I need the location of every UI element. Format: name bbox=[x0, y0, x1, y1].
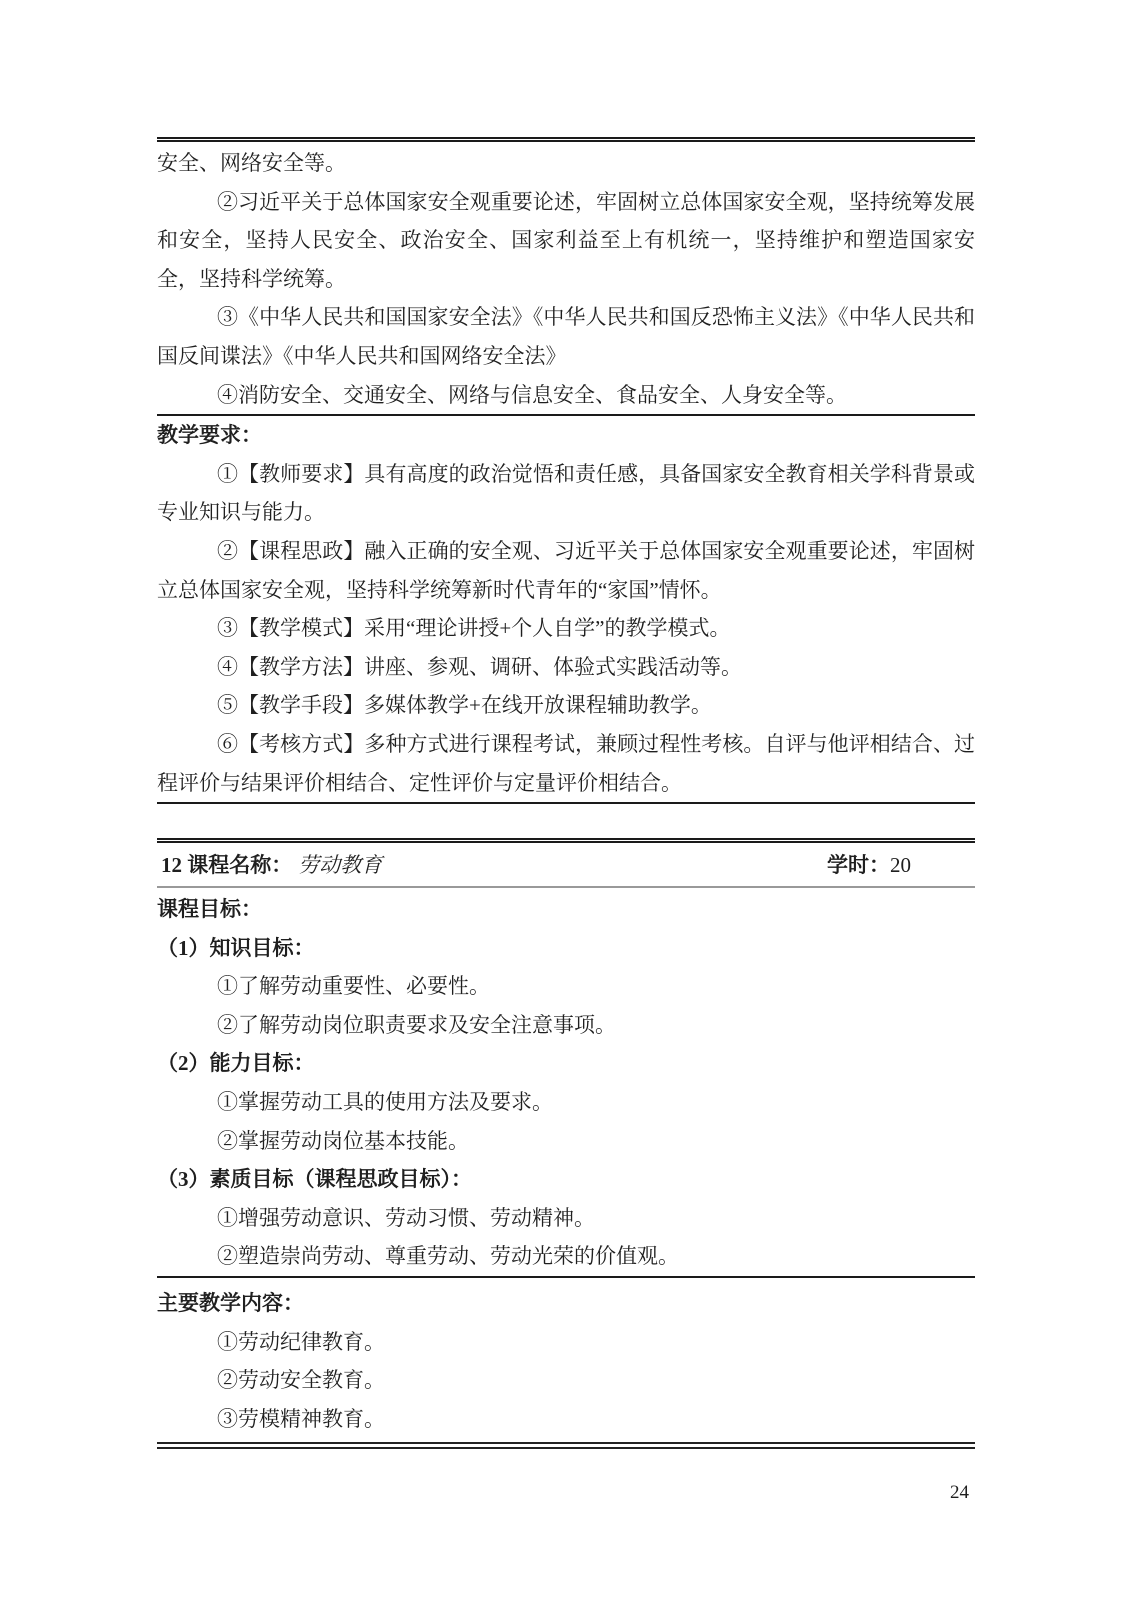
section-teaching-requirements: 教学要求： ①【教师要求】具有高度的政治觉悟和责任感，具备国家安全教育相关学科背… bbox=[157, 414, 975, 804]
objective-item: ②了解劳动岗位职责要求及安全注意事项。 bbox=[157, 1006, 975, 1045]
section-main-teaching-content: 主要教学内容： ①劳动纪律教育。 ②劳动安全教育。 ③劳模精神教育。 bbox=[157, 1276, 975, 1449]
requirement-item: ④【教学方法】讲座、参观、调研、体验式实践活动等。 bbox=[157, 648, 975, 687]
section-previous-course-content: 安全、网络安全等。 ②习近平关于总体国家安全观重要论述，牢固树立总体国家安全观，… bbox=[157, 137, 975, 414]
course-header-row: 12 课程名称：劳动教育 学时：20 bbox=[157, 838, 975, 888]
objective-group-title: （1）知识目标： bbox=[157, 929, 975, 968]
paragraph-tail: 安全、网络安全等。 bbox=[157, 144, 975, 183]
objective-item: ①增强劳动意识、劳动习惯、劳动精神。 bbox=[157, 1199, 975, 1238]
content-item: ①劳动纪律教育。 bbox=[157, 1323, 975, 1362]
course-title: 12 课程名称：劳动教育 bbox=[161, 851, 382, 879]
paragraph: ④消防安全、交通安全、网络与信息安全、食品安全、人身安全等。 bbox=[157, 376, 975, 415]
requirement-item: ①【教师要求】具有高度的政治觉悟和责任感，具备国家安全教育相关学科背景或专业知识… bbox=[157, 455, 975, 532]
paragraph: ③《中华人民共和国国家安全法》《中华人民共和国反恐怖主义法》《中华人民共和国反间… bbox=[157, 298, 975, 375]
course-name-label: 课程名称： bbox=[187, 853, 292, 877]
course-number: 12 bbox=[161, 853, 182, 877]
course-hours-label: 学时： bbox=[827, 853, 890, 877]
content-item: ②劳动安全教育。 bbox=[157, 1361, 975, 1400]
objective-item: ①了解劳动重要性、必要性。 bbox=[157, 967, 975, 1006]
content-item: ③劳模精神教育。 bbox=[157, 1400, 975, 1439]
course-hours-value: 20 bbox=[890, 853, 911, 877]
document-page: 安全、网络安全等。 ②习近平关于总体国家安全观重要论述，牢固树立总体国家安全观，… bbox=[0, 0, 1131, 1600]
objective-group-title: （3）素质目标（课程思政目标）： bbox=[157, 1160, 975, 1199]
teaching-requirements-heading: 教学要求： bbox=[157, 416, 975, 455]
requirement-item: ⑤【教学手段】多媒体教学+在线开放课程辅助教学。 bbox=[157, 686, 975, 725]
course-name: 劳动教育 bbox=[298, 853, 382, 877]
requirement-item: ⑥【考核方式】多种方式进行课程考试，兼顾过程性考核。自评与他评相结合、过程评价与… bbox=[157, 725, 975, 802]
course-objectives-heading: 课程目标： bbox=[157, 890, 975, 929]
objective-item: ①掌握劳动工具的使用方法及要求。 bbox=[157, 1083, 975, 1122]
objective-group-title: （2）能力目标： bbox=[157, 1044, 975, 1083]
course-hours: 学时：20 bbox=[827, 851, 911, 879]
main-teaching-content-heading: 主要教学内容： bbox=[157, 1284, 975, 1323]
objective-item: ②塑造崇尚劳动、尊重劳动、劳动光荣的价值观。 bbox=[157, 1237, 975, 1276]
requirement-item: ②【课程思政】融入正确的安全观、习近平关于总体国家安全观重要论述，牢固树立总体国… bbox=[157, 532, 975, 609]
requirement-item: ③【教学模式】采用“理论讲授+个人自学”的教学模式。 bbox=[157, 609, 975, 648]
page-content: 安全、网络安全等。 ②习近平关于总体国家安全观重要论述，牢固树立总体国家安全观，… bbox=[157, 137, 975, 1505]
page-number: 24 bbox=[157, 1481, 975, 1505]
paragraph: ②习近平关于总体国家安全观重要论述，牢固树立总体国家安全观，坚持统筹发展和安全，… bbox=[157, 183, 975, 299]
section-course-objectives: 课程目标： （1）知识目标： ①了解劳动重要性、必要性。 ②了解劳动岗位职责要求… bbox=[157, 888, 975, 1276]
objective-item: ②掌握劳动岗位基本技能。 bbox=[157, 1122, 975, 1161]
